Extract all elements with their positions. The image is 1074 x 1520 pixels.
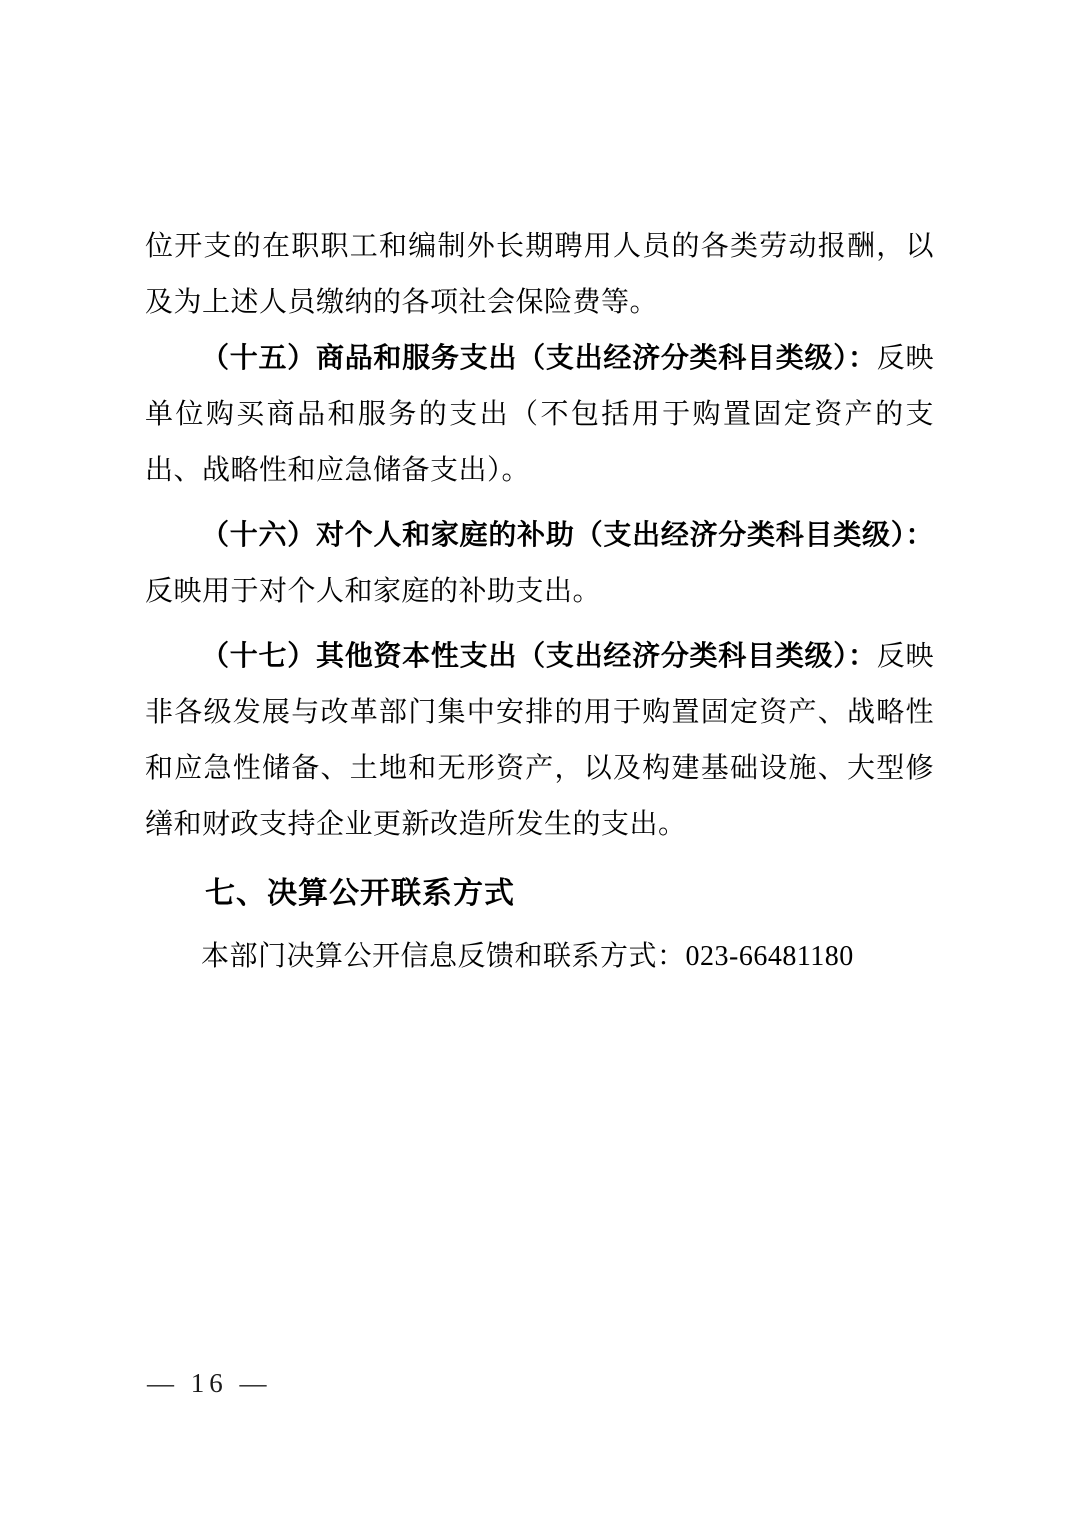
paragraph-16: （十六）对个人和家庭的补助（支出经济分类科目类级）：反映用于对个人和家庭的补助支…	[145, 508, 934, 620]
paragraph-15-heading: （十五）商品和服务支出（支出经济分类科目类级）：	[201, 343, 877, 374]
paragraph-16-body: 反映用于对个人和家庭的补助支出。	[145, 576, 601, 607]
paragraph-17-heading: （十七）其他资本性支出（支出经济分类科目类级）：	[201, 641, 877, 672]
document-page: 位开支的在职职工和编制外长期聘用人员的各类劳动报酬，以及为上述人员缴纳的各项社会…	[0, 0, 1074, 1520]
paragraph-14-continuation: 位开支的在职职工和编制外长期聘用人员的各类劳动报酬，以及为上述人员缴纳的各项社会…	[145, 219, 934, 331]
contact-line: 本部门决算公开信息反馈和联系方式：023-66481180	[145, 929, 934, 985]
paragraph-17: （十七）其他资本性支出（支出经济分类科目类级）：反映非各级发展与改革部门集中安排…	[145, 629, 934, 853]
contact-phone: 023-66481180	[686, 941, 854, 972]
section-7-heading: 七、决算公开联系方式	[145, 873, 934, 915]
paragraph-15: （十五）商品和服务支出（支出经济分类科目类级）：反映单位购买商品和服务的支出（不…	[145, 331, 934, 499]
page-number: — 16 —	[147, 1366, 272, 1400]
contact-label: 本部门决算公开信息反馈和联系方式：	[201, 941, 686, 972]
paragraph-16-heading: （十六）对个人和家庭的补助（支出经济分类科目类级）：	[201, 520, 934, 551]
